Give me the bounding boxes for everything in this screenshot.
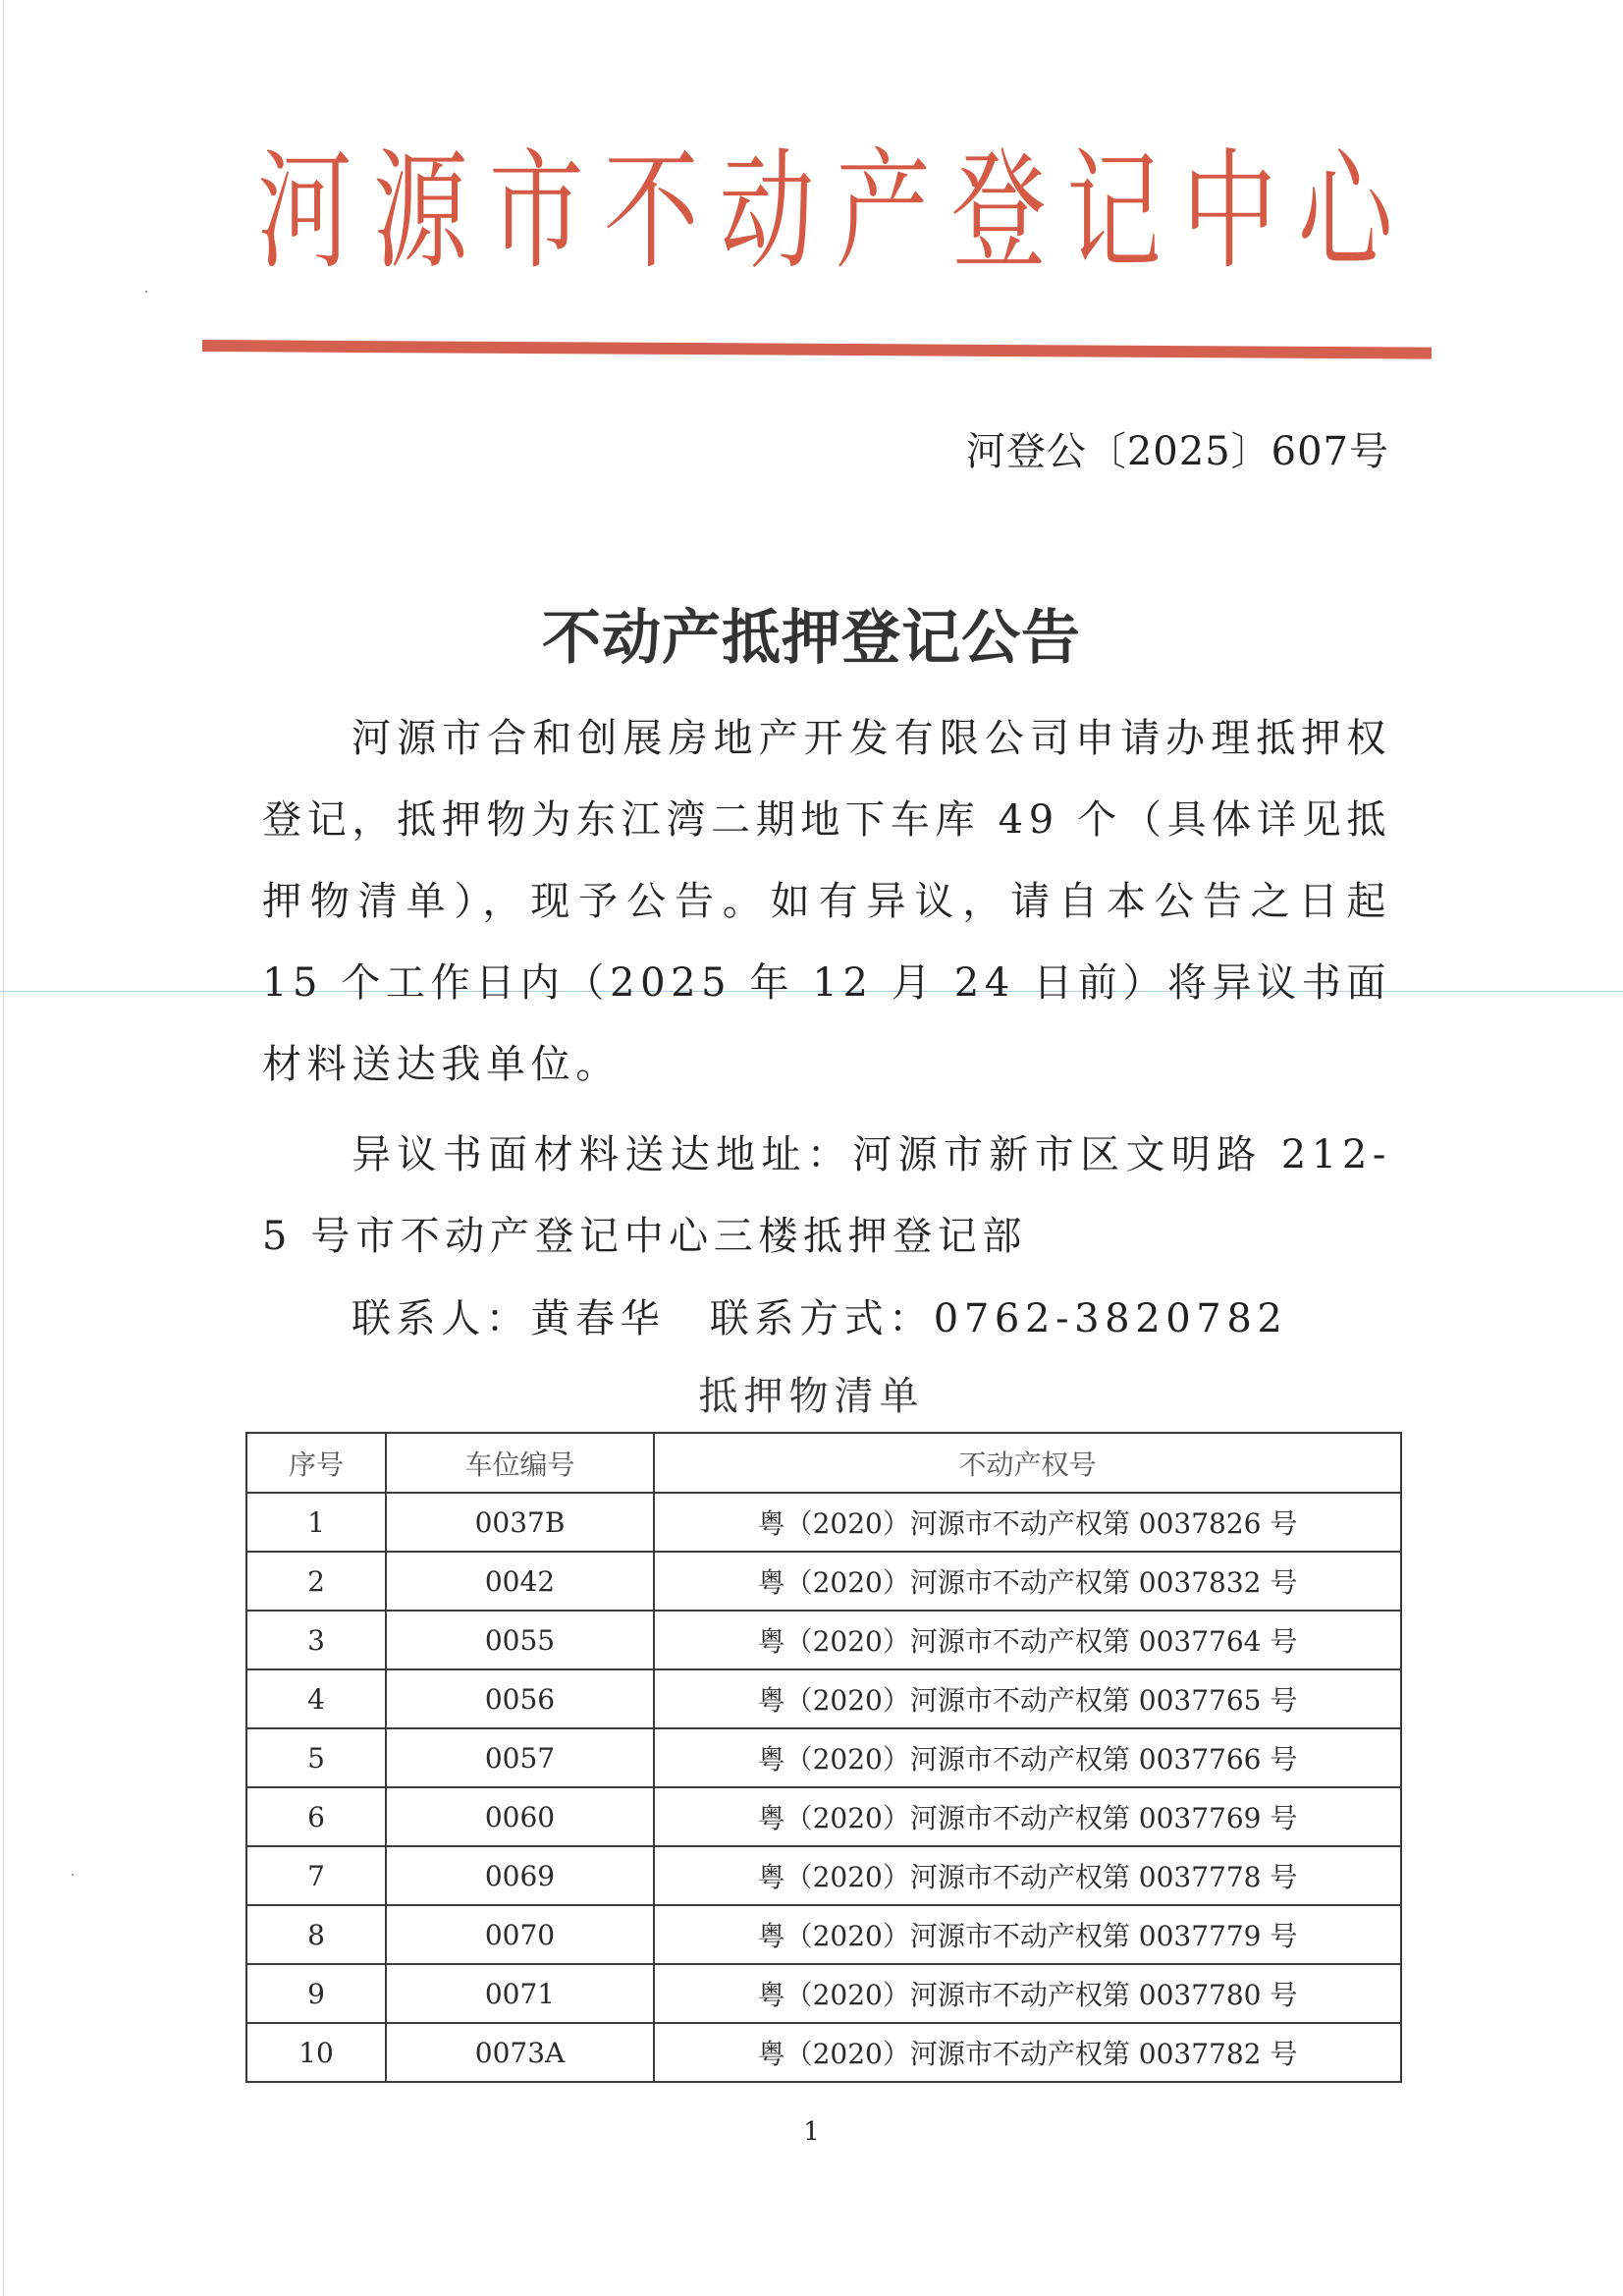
cell-parking-space-no: 0056 [386, 1669, 654, 1728]
letterhead-char: 源 [373, 129, 461, 294]
cell-parking-space-no: 0057 [386, 1728, 654, 1787]
letterhead-org-name: 河 源 市 不 动 产 登 记 中 心 [247, 137, 1396, 285]
cell-serial-no: 9 [246, 1964, 386, 2023]
scan-speck [72, 1874, 74, 1876]
cell-parking-space-no: 0042 [386, 1552, 654, 1611]
table-row: 6 0060 粤（2020）河源市不动产权第 0037769 号 [246, 1787, 1401, 1846]
document-number: 河登公〔2025〕607号 [966, 420, 1389, 476]
letterhead-char: 河 [257, 129, 346, 294]
cell-property-cert-no: 粤（2020）河源市不动产权第 0037769 号 [654, 1787, 1401, 1846]
cell-property-cert-no: 粤（2020）河源市不动产权第 0037832 号 [654, 1552, 1401, 1611]
cell-property-cert-no: 粤（2020）河源市不动产权第 0037782 号 [654, 2023, 1401, 2082]
cell-property-cert-no: 粤（2020）河源市不动产权第 0037778 号 [654, 1846, 1401, 1905]
cell-property-cert-no: 粤（2020）河源市不动产权第 0037765 号 [654, 1669, 1401, 1728]
table-row: 1 0037B 粤（2020）河源市不动产权第 0037826 号 [246, 1493, 1401, 1552]
table-row: 4 0056 粤（2020）河源市不动产权第 0037765 号 [246, 1669, 1401, 1728]
cell-serial-no: 1 [246, 1493, 386, 1552]
cell-property-cert-no: 粤（2020）河源市不动产权第 0037766 号 [654, 1728, 1401, 1787]
letterhead-char: 心 [1298, 129, 1386, 294]
page-number: 1 [0, 2117, 1623, 2147]
letterhead-char: 产 [836, 129, 924, 294]
cell-property-cert-no: 粤（2020）河源市不动产权第 0037779 号 [654, 1905, 1401, 1964]
scan-speck [145, 291, 147, 293]
table-row: 5 0057 粤（2020）河源市不动产权第 0037766 号 [246, 1728, 1401, 1787]
cell-serial-no: 4 [246, 1669, 386, 1728]
table-row: 10 0073A 粤（2020）河源市不动产权第 0037782 号 [246, 2023, 1401, 2082]
cell-parking-space-no: 0071 [386, 1964, 654, 2023]
body-paragraph-address: 异议书面材料送达地址：河源市新市区文明路 212-5 号市不动产登记中心三楼抵押… [262, 1115, 1391, 1278]
header-serial-no: 序号 [246, 1433, 386, 1493]
cell-serial-no: 8 [246, 1905, 386, 1964]
cell-serial-no: 7 [246, 1846, 386, 1905]
letterhead-char: 记 [1066, 129, 1155, 294]
cell-serial-no: 6 [246, 1787, 386, 1846]
table-row: 9 0071 粤（2020）河源市不动产权第 0037780 号 [246, 1964, 1401, 2023]
cell-parking-space-no: 0069 [386, 1846, 654, 1905]
header-property-cert-no: 不动产权号 [654, 1433, 1401, 1493]
pledge-list-table: 序号 车位编号 不动产权号 1 0037B 粤（2020）河源市不动产权第 00… [245, 1432, 1402, 2083]
cell-serial-no: 10 [246, 2023, 386, 2082]
cell-property-cert-no: 粤（2020）河源市不动产权第 0037764 号 [654, 1611, 1401, 1669]
cell-parking-space-no: 0037B [386, 1493, 654, 1552]
cell-serial-no: 5 [246, 1728, 386, 1787]
letterhead-char: 市 [488, 129, 576, 294]
cell-serial-no: 3 [246, 1611, 386, 1669]
table-row: 3 0055 粤（2020）河源市不动产权第 0037764 号 [246, 1611, 1401, 1669]
table-row: 7 0069 粤（2020）河源市不动产权第 0037778 号 [246, 1846, 1401, 1905]
document-title: 不动产抵押登记公告 [0, 591, 1623, 676]
table-row: 2 0042 粤（2020）河源市不动产权第 0037832 号 [246, 1552, 1401, 1611]
cell-parking-space-no: 0055 [386, 1611, 654, 1669]
cell-parking-space-no: 0073A [386, 2023, 654, 2082]
cell-parking-space-no: 0060 [386, 1787, 654, 1846]
letterhead-char: 中 [1182, 129, 1271, 294]
letterhead-red-rule [202, 340, 1432, 359]
pledge-list-title: 抵押物清单 [0, 1365, 1623, 1421]
table-header-row: 序号 车位编号 不动产权号 [246, 1433, 1401, 1493]
cell-serial-no: 2 [246, 1552, 386, 1611]
cell-property-cert-no: 粤（2020）河源市不动产权第 0037826 号 [654, 1493, 1401, 1552]
table-row: 8 0070 粤（2020）河源市不动产权第 0037779 号 [246, 1905, 1401, 1964]
letterhead-char: 登 [950, 129, 1039, 294]
body-paragraph-announcement: 河源市合和创展房地产开发有限公司申请办理抵押权登记，抵押物为东江湾二期地下车库 … [262, 698, 1391, 1106]
body-paragraph-contact: 联系人：黄春华 联系方式：0762-3820782 [262, 1279, 1391, 1360]
header-parking-space-no: 车位编号 [386, 1433, 654, 1493]
cell-property-cert-no: 粤（2020）河源市不动产权第 0037780 号 [654, 1964, 1401, 2023]
letterhead-char: 不 [604, 129, 692, 294]
letterhead-char: 动 [720, 129, 808, 294]
cell-parking-space-no: 0070 [386, 1905, 654, 1964]
scan-edge-line [3, 0, 4, 2296]
